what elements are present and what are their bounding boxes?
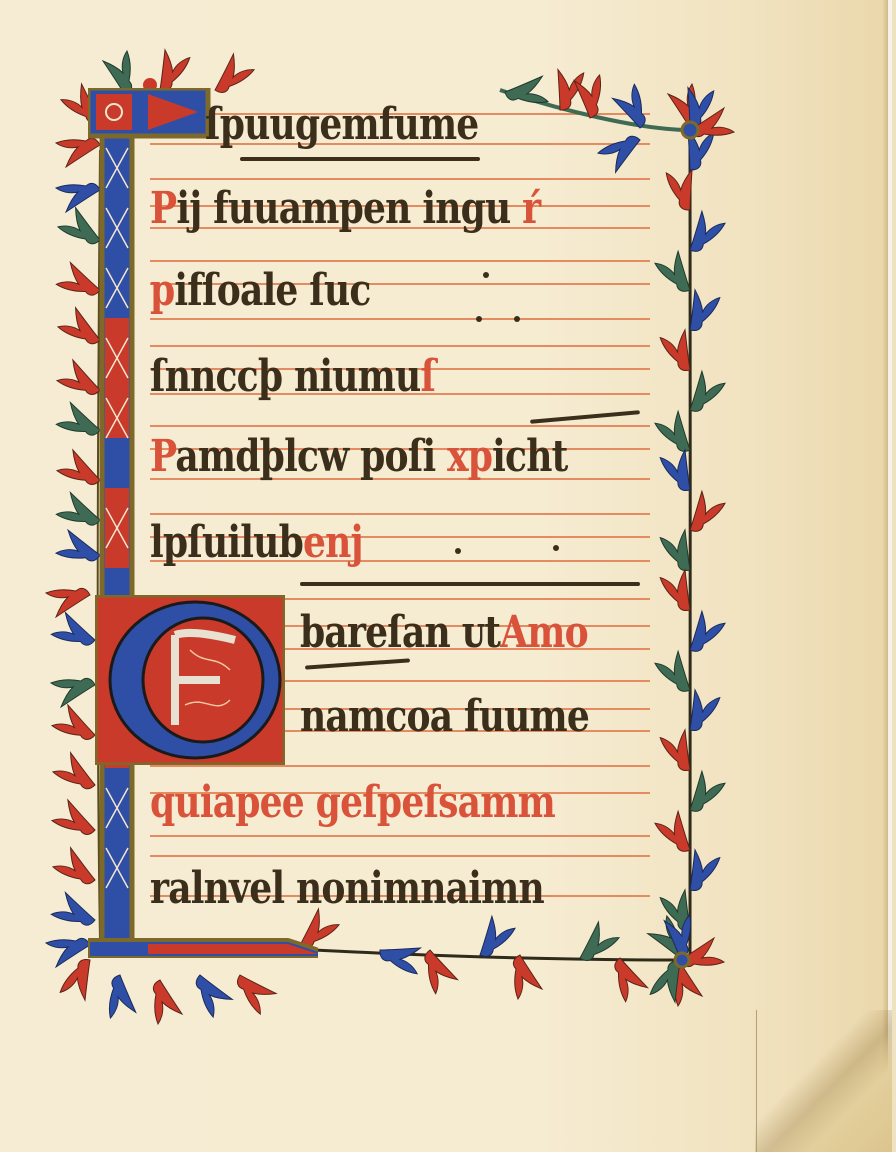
- manuscript-page: ſpuugemfume Pij fuuampen ingu ŕ pifſoale…: [0, 0, 892, 1152]
- flourish-line-6: [300, 582, 640, 586]
- initial-D: [95, 595, 285, 765]
- text-line-5: Pamdþlcᴡ poſi xpicht: [150, 428, 567, 486]
- roundel-top-right: [682, 122, 698, 138]
- text-line-6: lpſuilubenj: [150, 514, 363, 572]
- text-line-3: pifſoale ſuc: [150, 262, 371, 320]
- text-line-7: bareſan ᴜtAmo: [300, 604, 588, 662]
- text-line-4: ſnnccþ niumuſ: [150, 348, 435, 406]
- flourish-line-1: [240, 157, 480, 161]
- text-line-1: ſpuugemfume: [205, 96, 478, 154]
- text-line-10: ralnvel nonimnaimn: [150, 860, 544, 918]
- text-line-9: quiapee geſpeſsamm: [150, 774, 555, 832]
- text-line-2: Pij fuuampen ingu ŕ: [150, 180, 540, 238]
- text-line-8: namcoa fuume: [300, 688, 589, 746]
- roundel-bottom-right: [675, 953, 689, 967]
